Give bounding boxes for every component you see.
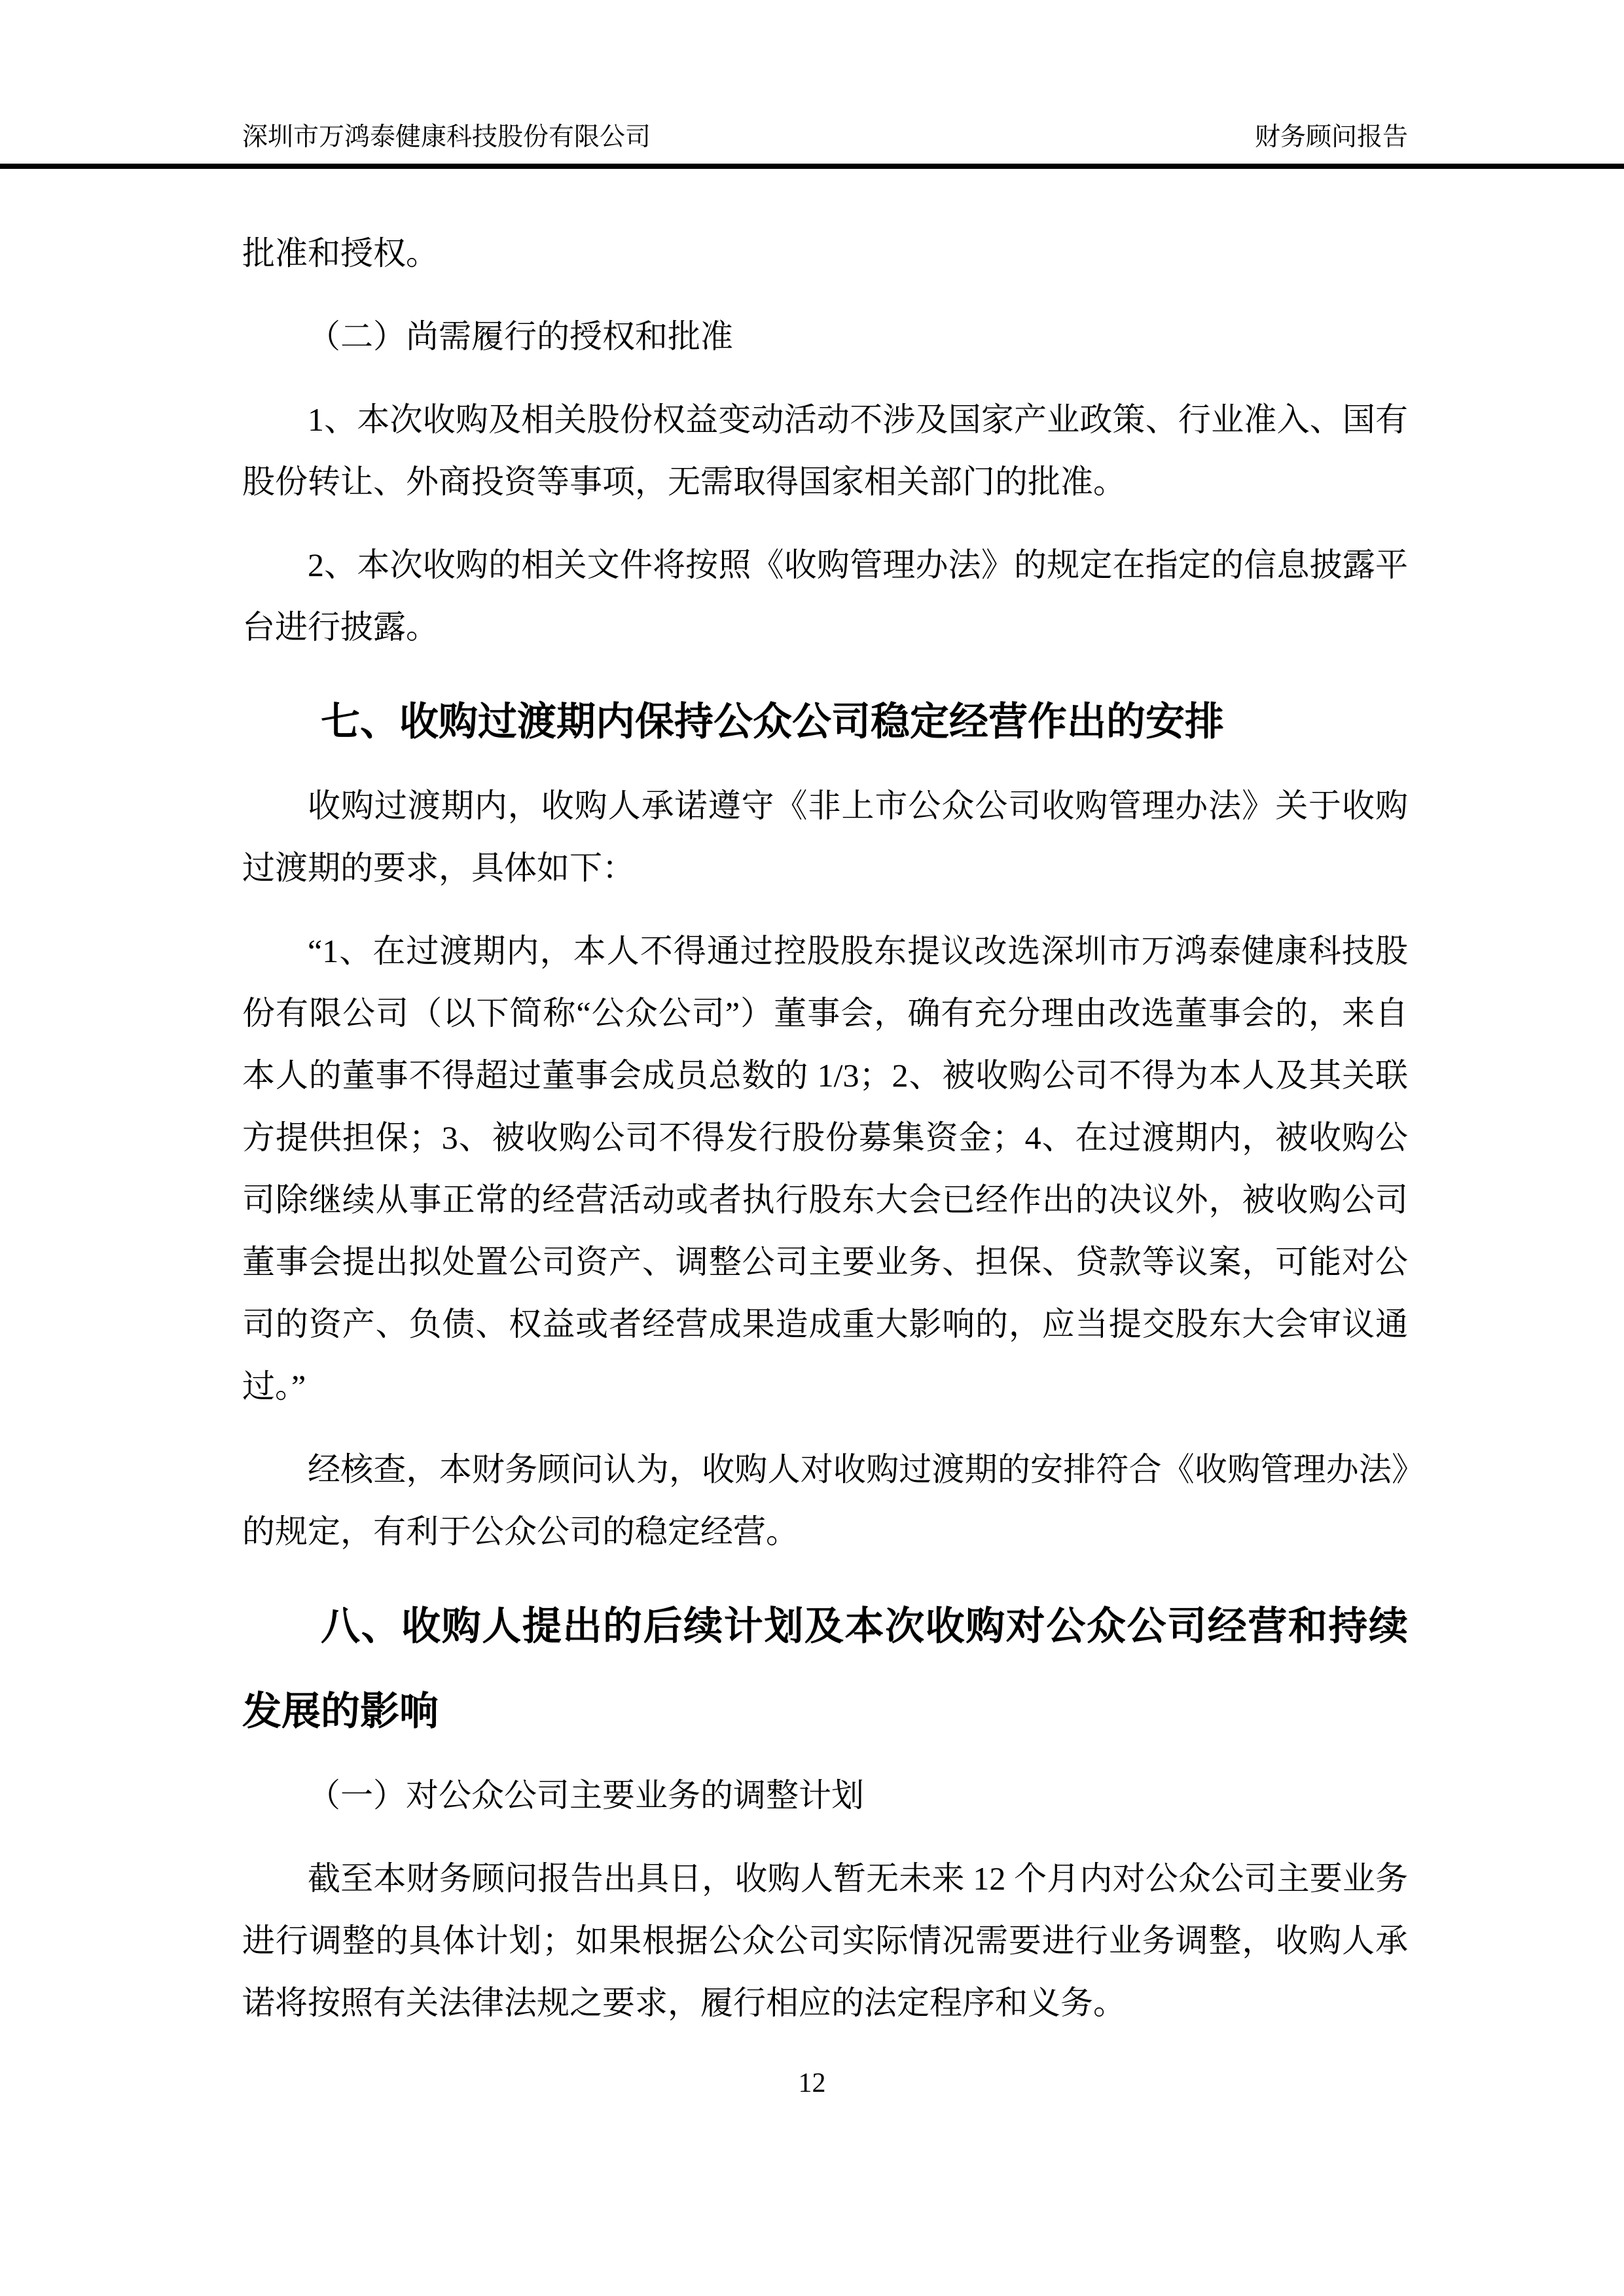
authorization-item-2: 2、本次收购的相关文件将按照《收购管理办法》的规定在指定的信息披露平台进行披露。: [242, 534, 1408, 658]
header-report-title: 财务顾问报告: [1255, 122, 1408, 153]
page-header: 深圳市万鸿泰健康科技股份有限公司 财务顾问报告: [0, 0, 1624, 153]
page-footer: 12: [0, 2067, 1624, 2100]
page-number: 12: [799, 2068, 826, 2098]
section-7-quoted-commitment: “1、在过渡期内，本人不得通过控股股东提议改选深圳市万鸿泰健康科技股份有限公司（…: [242, 920, 1408, 1418]
header-divider: [0, 164, 1624, 169]
subsection-heading-1: （一）对公众公司主要业务的调整计划: [242, 1765, 1408, 1827]
paragraph-continuation: 批准和授权。: [242, 223, 1408, 285]
section-7-heading: 七、收购过渡期内保持公众公司稳定经营作出的安排: [242, 679, 1408, 764]
header-company-name: 深圳市万鸿泰健康科技股份有限公司: [242, 122, 651, 153]
document-body: 批准和授权。 （二）尚需履行的授权和批准 1、本次收购及相关股份权益变动活动不涉…: [0, 169, 1624, 2034]
document-page: 深圳市万鸿泰健康科技股份有限公司 财务顾问报告 批准和授权。 （二）尚需履行的授…: [0, 0, 1624, 2296]
section-8-heading: 八、收购人提出的后续计划及本次收购对公众公司经营和持续发展的影响: [242, 1584, 1408, 1754]
section-8-paragraph: 截至本财务顾问报告出具日，收购人暂无未来 12 个月内对公众公司主要业务进行调整…: [242, 1848, 1408, 2034]
section-7-conclusion-paragraph: 经核查，本财务顾问认为，收购人对收购过渡期的安排符合《收购管理办法》的规定，有利…: [242, 1439, 1408, 1563]
section-7-intro-paragraph: 收购过渡期内，收购人承诺遵守《非上市公众公司收购管理办法》关于收购过渡期的要求，…: [242, 775, 1408, 899]
authorization-item-1: 1、本次收购及相关股份权益变动活动不涉及国家产业政策、行业准入、国有股份转让、外…: [242, 389, 1408, 513]
subsection-heading-2: （二）尚需履行的授权和批准: [242, 306, 1408, 368]
